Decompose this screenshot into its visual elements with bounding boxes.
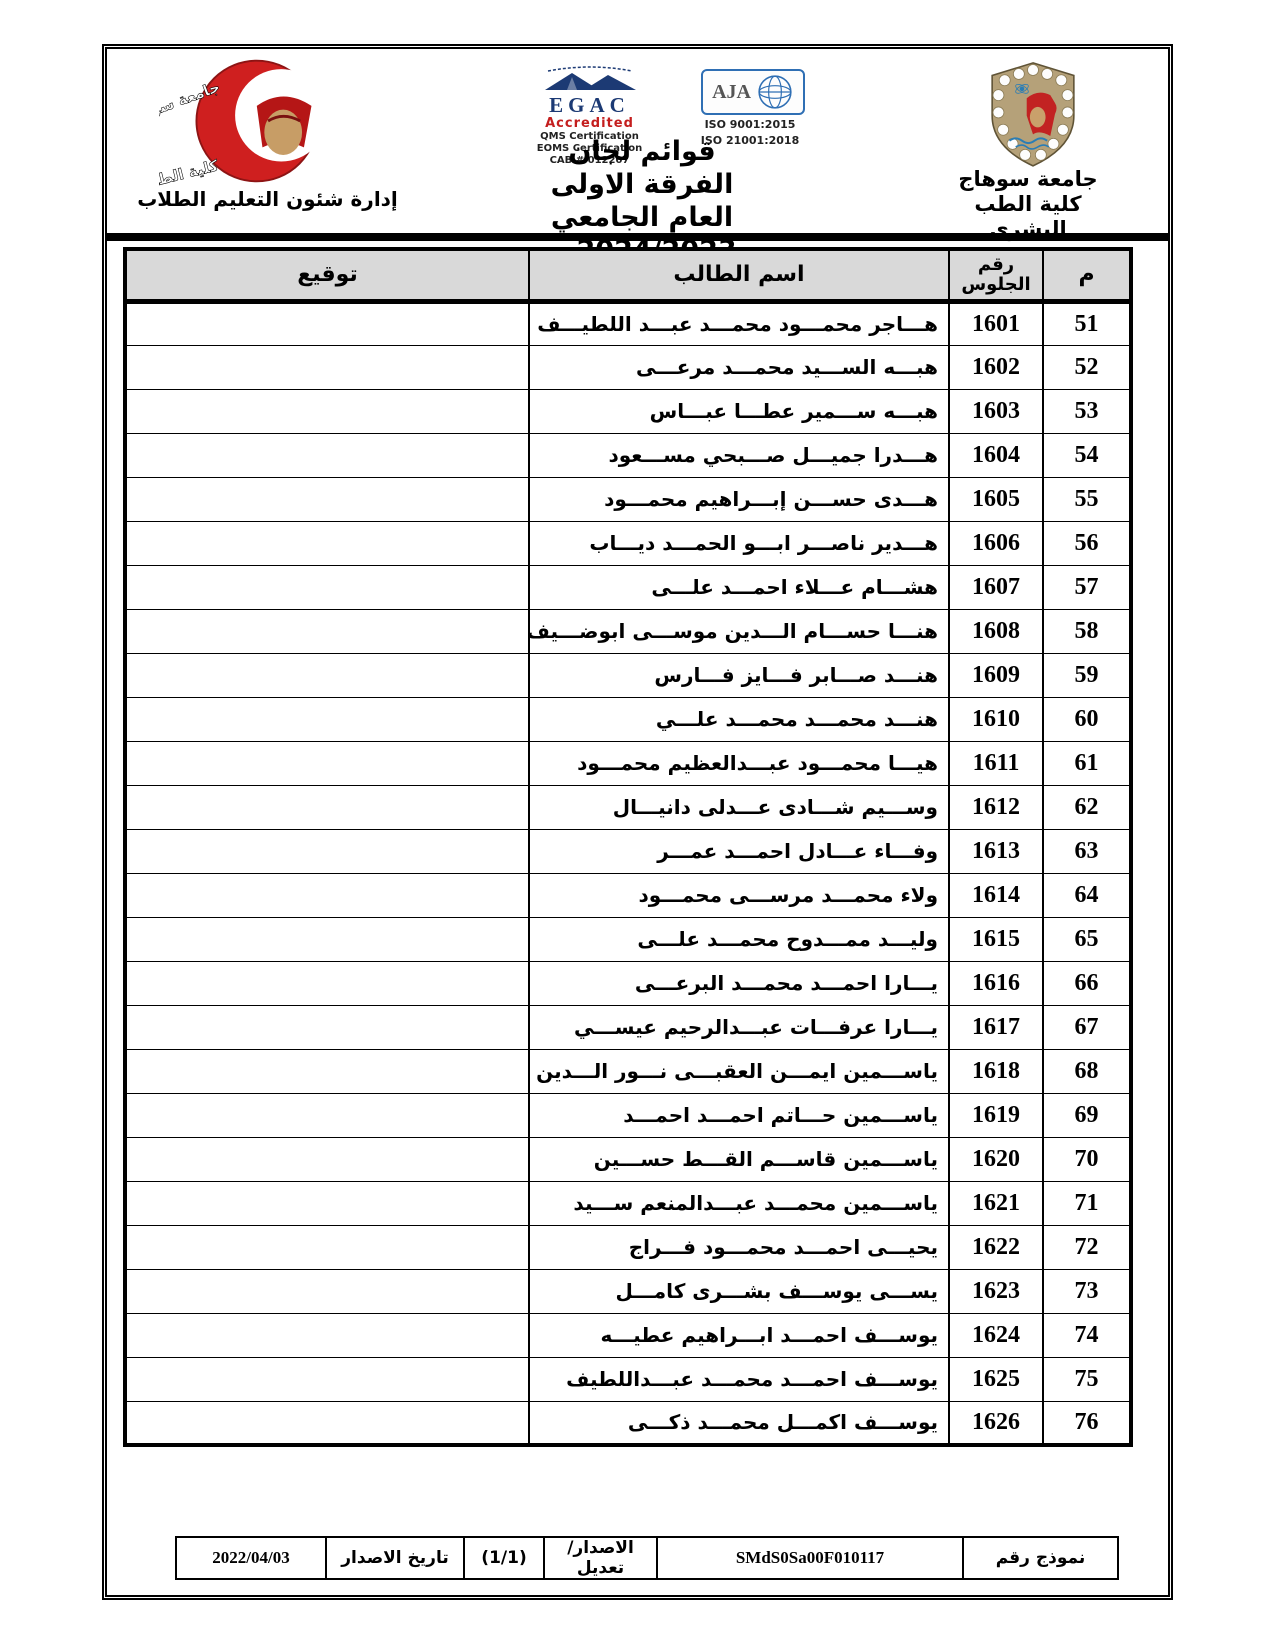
issue-date-label: تاريخ الاصدار [326,1537,464,1579]
seat-cell: 1620 [949,1137,1043,1181]
name-cell: وفـــاء عـــادل احمـــد عمـــر [529,829,949,873]
seat-cell: 1603 [949,389,1043,433]
name-cell: يـــارا عرفـــات عبـــدالرحيم عيســـي [529,1005,949,1049]
signature-cell [125,697,529,741]
signature-cell [125,345,529,389]
signature-cell [125,1137,529,1181]
document-page: جامعة سوهاج كلية الطب إدارة شئون التعليم… [0,0,1275,1650]
department-label: إدارة شئون التعليم الطلاب [135,187,400,211]
name-cell: هشـــام عـــلاء احمـــد علـــى [529,565,949,609]
form-number-label: نموذج رقم [963,1537,1118,1579]
serial-cell: 69 [1043,1093,1131,1137]
signature-cell [125,653,529,697]
student-row: 51 1601 هـــاجر محمـــود محمـــد عبـــد … [125,301,1131,345]
aja-name: AJA [712,81,751,104]
signature-cell [125,1093,529,1137]
serial-cell: 76 [1043,1401,1131,1445]
seat-cell: 1613 [949,829,1043,873]
crescent-icon: جامعة سوهاج كلية الطب [159,55,364,187]
seat-cell: 1618 [949,1049,1043,1093]
seat-cell: 1608 [949,609,1043,653]
student-row: 67 1617 يـــارا عرفـــات عبـــدالرحيم عي… [125,1005,1131,1049]
serial-cell: 60 [1043,697,1131,741]
student-row: 56 1606 هـــدير ناصـــر ابـــو الحمـــد … [125,521,1131,565]
student-row: 53 1603 هبـــه ســـمير عطـــا عبـــاس [125,389,1131,433]
issue-date-value: 2022/04/03 [176,1537,326,1579]
student-row: 76 1626 يوســـف اكمـــل محمـــد ذكـــى [125,1401,1131,1445]
signature-cell [125,389,529,433]
faculty-crescent-logo: جامعة سوهاج كلية الطب [159,55,364,187]
serial-cell: 55 [1043,477,1131,521]
serial-cell: 65 [1043,917,1131,961]
student-row: 74 1624 يوســـف احمـــد ابـــراهيم عطيــ… [125,1313,1131,1357]
title-committee-lists: قوائم لجان [467,135,817,168]
seat-cell: 1610 [949,697,1043,741]
name-cell: هـــدرا جميـــل صـــبحي مســـعود [529,433,949,477]
issue-value: (1/1) [464,1537,544,1579]
seat-cell: 1621 [949,1181,1043,1225]
col-header-signature: توقيع [125,249,529,301]
name-cell: يوســـف اكمـــل محمـــد ذكـــى [529,1401,949,1445]
serial-cell: 57 [1043,565,1131,609]
footer-row: نموذج رقم SMdS0Sa00F010117 الاصدار/تعديل… [176,1537,1118,1579]
name-cell: يوســـف احمـــد ابـــراهيم عطيـــه [529,1313,949,1357]
serial-cell: 53 [1043,389,1131,433]
aja-globe-icon [756,73,794,111]
university-shield-logo [963,59,1093,169]
seat-cell: 1623 [949,1269,1043,1313]
name-cell: هـــاجر محمـــود محمـــد عبـــد اللطيـــ… [529,301,949,345]
name-cell: ياســـمين حـــاتم احمـــد احمـــد [529,1093,949,1137]
signature-cell [125,477,529,521]
name-cell: هنـــد صـــابر فـــايز فـــارس [529,653,949,697]
shield-icon [973,59,1093,169]
serial-cell: 64 [1043,873,1131,917]
seat-cell: 1624 [949,1313,1043,1357]
signature-cell [125,609,529,653]
seat-cell: 1607 [949,565,1043,609]
student-row: 68 1618 ياســـمين ايمـــن العقبـــى نـــ… [125,1049,1131,1093]
name-cell: يســـى يوســـف بشـــرى كامـــل [529,1269,949,1313]
serial-cell: 74 [1043,1313,1131,1357]
seat-cell: 1617 [949,1005,1043,1049]
seat-cell: 1606 [949,521,1043,565]
student-row: 63 1613 وفـــاء عـــادل احمـــد عمـــر [125,829,1131,873]
seat-cell: 1612 [949,785,1043,829]
serial-cell: 59 [1043,653,1131,697]
signature-cell [125,433,529,477]
name-cell: وليـــد ممـــدوح محمـــد علـــى [529,917,949,961]
aja-box: AJA [701,69,805,115]
university-name-block: جامعة سوهاج كلية الطب البشرى [933,167,1123,242]
name-cell: ياســـمين ايمـــن العقبـــى نـــور الـــ… [529,1049,949,1093]
name-cell: هنـــا حســـام الـــدين موســـى ابوضـــي… [529,609,949,653]
title-year-group: الفرقة الاولى [467,168,817,201]
student-row: 73 1623 يســـى يوســـف بشـــرى كامـــل [125,1269,1131,1313]
header-divider-bar [107,233,1168,241]
serial-cell: 62 [1043,785,1131,829]
seat-cell: 1601 [949,301,1043,345]
signature-cell [125,1269,529,1313]
name-cell: وســـيم شـــادى عـــدلى دانيـــال [529,785,949,829]
seat-cell: 1619 [949,1093,1043,1137]
serial-cell: 71 [1043,1181,1131,1225]
student-row: 59 1609 هنـــد صـــابر فـــايز فـــارس [125,653,1131,697]
seat-cell: 1605 [949,477,1043,521]
serial-cell: 68 [1043,1049,1131,1093]
page-border-frame: جامعة سوهاج كلية الطب إدارة شئون التعليم… [102,44,1173,1600]
name-cell: هنـــد محمـــد محمـــد علـــي [529,697,949,741]
signature-cell [125,1313,529,1357]
student-row: 70 1620 ياســـمين قاســـم القـــط حســـي… [125,1137,1131,1181]
serial-cell: 75 [1043,1357,1131,1401]
student-row: 75 1625 يوســـف احمـــد محمـــد عبـــدال… [125,1357,1131,1401]
egac-accredited-label: Accredited [512,116,667,131]
name-cell: ياســـمين محمـــد عبـــدالمنعم ســـيد [529,1181,949,1225]
signature-cell [125,741,529,785]
serial-cell: 63 [1043,829,1131,873]
student-row: 58 1608 هنـــا حســـام الـــدين موســـى … [125,609,1131,653]
seat-cell: 1615 [949,917,1043,961]
name-cell: هبـــه الســـيد محمـــد مرعـــى [529,345,949,389]
student-row: 64 1614 ولاء محمـــد مرســـى محمـــود [125,873,1131,917]
student-row: 60 1610 هنـــد محمـــد محمـــد علـــي [125,697,1131,741]
students-table: م رقم الجلوس اسم الطالب توقيع 51 1601 هـ… [123,247,1133,1447]
serial-cell: 72 [1043,1225,1131,1269]
signature-cell [125,917,529,961]
egac-pyramids-icon [540,65,640,91]
student-row: 57 1607 هشـــام عـــلاء احمـــد علـــى [125,565,1131,609]
student-row: 52 1602 هبـــه الســـيد محمـــد مرعـــى [125,345,1131,389]
signature-cell [125,565,529,609]
seat-cell: 1625 [949,1357,1043,1401]
name-cell: هـــدى حســـن إبـــراهيم محمـــود [529,477,949,521]
student-row: 72 1622 يحيـــى احمـــد محمـــود فـــراج [125,1225,1131,1269]
egac-name: EGAC [512,95,667,116]
serial-cell: 51 [1043,301,1131,345]
student-row: 71 1621 ياســـمين محمـــد عبـــدالمنعم س… [125,1181,1131,1225]
student-row: 65 1615 وليـــد ممـــدوح محمـــد علـــى [125,917,1131,961]
seat-cell: 1614 [949,873,1043,917]
seat-cell: 1611 [949,741,1043,785]
seat-cell: 1626 [949,1401,1043,1445]
serial-cell: 61 [1043,741,1131,785]
signature-cell [125,1049,529,1093]
aja-iso-line: ISO 9001:2015 [695,118,805,131]
signature-cell [125,873,529,917]
name-cell: هـــدير ناصـــر ابـــو الحمـــد ديـــاب [529,521,949,565]
signature-cell [125,1401,529,1445]
signature-cell [125,301,529,345]
student-row: 69 1619 ياســـمين حـــاتم احمـــد احمـــ… [125,1093,1131,1137]
serial-cell: 66 [1043,961,1131,1005]
signature-cell [125,1005,529,1049]
col-header-serial: م [1043,249,1131,301]
name-cell: ياســـمين قاســـم القـــط حســـين [529,1137,949,1181]
student-row: 54 1604 هـــدرا جميـــل صـــبحي مســـعود [125,433,1131,477]
seat-cell: 1602 [949,345,1043,389]
serial-cell: 67 [1043,1005,1131,1049]
seat-cell: 1609 [949,653,1043,697]
name-cell: يوســـف احمـــد محمـــد عبـــداللطيف [529,1357,949,1401]
col-header-student-name: اسم الطالب [529,249,949,301]
student-row: 55 1605 هـــدى حســـن إبـــراهيم محمـــو… [125,477,1131,521]
signature-cell [125,521,529,565]
name-cell: ولاء محمـــد مرســـى محمـــود [529,873,949,917]
signature-cell [125,785,529,829]
name-cell: هبـــه ســـمير عطـــا عبـــاس [529,389,949,433]
university-name: جامعة سوهاج [933,167,1123,192]
crescent-logo-bottom-text: كلية الطب [159,156,220,187]
serial-cell: 52 [1043,345,1131,389]
name-cell: يحيـــى احمـــد محمـــود فـــراج [529,1225,949,1269]
serial-cell: 73 [1043,1269,1131,1313]
name-cell: يـــارا احمـــد محمـــد البرعـــى [529,961,949,1005]
serial-cell: 58 [1043,609,1131,653]
issue-label: الاصدار/تعديل [544,1537,657,1579]
serial-cell: 54 [1043,433,1131,477]
signature-cell [125,829,529,873]
student-row: 66 1616 يـــارا احمـــد محمـــد البرعـــ… [125,961,1131,1005]
student-table-body: 51 1601 هـــاجر محمـــود محمـــد عبـــد … [125,301,1131,1445]
signature-cell [125,1181,529,1225]
form-code: SMdS0Sa00F010117 [657,1537,963,1579]
name-cell: هيـــا محمـــود عبـــدالعظيم محمـــود [529,741,949,785]
student-row: 62 1612 وســـيم شـــادى عـــدلى دانيـــا… [125,785,1131,829]
student-row: 61 1611 هيـــا محمـــود عبـــدالعظيم محم… [125,741,1131,785]
document-footer-table: نموذج رقم SMdS0Sa00F010117 الاصدار/تعديل… [175,1536,1119,1580]
signature-cell [125,1225,529,1269]
seat-cell: 1622 [949,1225,1043,1269]
table-header-row: م رقم الجلوس اسم الطالب توقيع [125,249,1131,301]
seat-cell: 1604 [949,433,1043,477]
seat-cell: 1616 [949,961,1043,1005]
signature-cell [125,961,529,1005]
col-header-seat-number: رقم الجلوس [949,249,1043,301]
serial-cell: 70 [1043,1137,1131,1181]
signature-cell [125,1357,529,1401]
serial-cell: 56 [1043,521,1131,565]
